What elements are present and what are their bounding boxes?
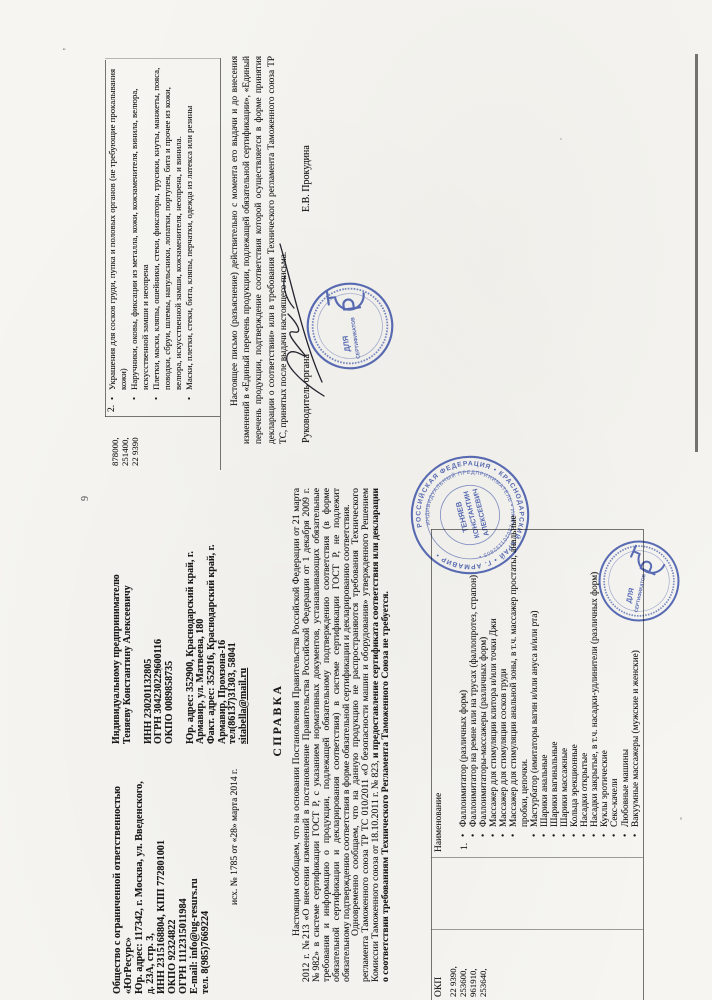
recipient-line: Факт. адрес: 352916, Краснодарский край,…	[207, 488, 218, 744]
stray-pen-mark: 9	[80, 496, 91, 501]
list-item: Маски, плетки, стеки, бита, кляпы, перча…	[184, 58, 195, 400]
list-item: Шарики вагинальные	[550, 485, 560, 837]
table1-divider-1	[431, 929, 643, 930]
scan-speck	[560, 138, 562, 140]
recipient-line: sitabella@mail.ru	[239, 488, 250, 744]
okp-code: 961910,	[468, 935, 478, 997]
document-title: СПРАВКА	[272, 440, 284, 1000]
stamp-text-sertifikatov: СЕРТИФИКАТОВ	[350, 316, 362, 359]
recipient-line: Теняеву Константину Алексеевичу	[123, 488, 134, 744]
body-text: Настоящим сообщаем, что на основании Пос…	[292, 488, 391, 982]
okp-code: 253640,	[478, 935, 488, 997]
sender-line: тел. 8(985)7669224	[200, 746, 211, 994]
list-item: Насадки закрытые, в т.ч. насадки-удлинит…	[590, 485, 600, 837]
body-paragraph-2: Одновременно сообщаем, что на данную про…	[351, 488, 391, 982]
table1-divider-2	[431, 857, 643, 858]
list-item: Шарики массажные	[560, 485, 570, 837]
scanned-letter-sheet: Общество с ограниченной ответственностью…	[0, 0, 712, 1000]
scan-speck	[680, 817, 682, 820]
body-paragraph-1: Настоящим сообщаем, что на основании Пос…	[292, 488, 351, 982]
sender-line: «ЮгРесурс»	[123, 746, 134, 994]
sender-line: д. 23А, стр. 3,	[145, 746, 156, 994]
stamp-text-sertifikatov: СЕРТИФИКАТОВ	[634, 573, 647, 613]
sender-line: ОГРН 1112315011984	[178, 746, 189, 994]
list-item: Насадки открытые	[580, 485, 590, 837]
row2-okp-codes: 878000,251400,22 9390	[110, 418, 140, 466]
okp-code: 253600,	[458, 935, 468, 997]
table2-top-border	[105, 60, 106, 417]
rst-certification-stamp-1: ДЛЯ СЕРТИФИКАТОВ	[299, 275, 401, 377]
list-item: Плетки, маски, кляпы, ошейники, стеки, ф…	[151, 58, 184, 400]
row1-okp-codes: 22 9390,253600,961910,253640,	[448, 935, 488, 997]
recipient-line: ОКПО 0089858735	[165, 488, 176, 744]
stray-corner-mark: '	[62, 48, 73, 50]
list-item: Наручники, оковы, фиксации из металла, к…	[129, 58, 151, 400]
okp-code: 22 9390,	[448, 935, 458, 997]
sender-line: E-mail: info@ug-resurs.ru	[189, 746, 200, 994]
sender-line: Общество с ограниченной ответственностью	[112, 746, 123, 994]
okp-code: 251400,	[120, 418, 130, 466]
list-item: Шарики анальные	[540, 485, 550, 837]
stamp-text-dlya: ДЛЯ	[341, 335, 352, 352]
recipient-line: Индивидуальному предпринимателю	[112, 488, 123, 744]
sender-line: ОКПО 92324822	[167, 746, 178, 994]
rst-certification-stamp-2: ДЛЯ СЕРТИФИКАТОВ	[589, 531, 689, 631]
okp-code: 22 9390	[130, 418, 140, 466]
table1-name-header: Наименование	[434, 793, 444, 852]
okp-code: 878000,	[110, 418, 120, 466]
row2-items-list: Украшения для сосков груди, пупка и поло…	[107, 58, 195, 400]
outgoing-ref-line: исх. № 1785 от «28» марта 2014 г.	[230, 769, 240, 905]
page-edge-shadow	[695, 54, 698, 452]
table2-bottom-border	[220, 58, 221, 470]
table1-okp-header: ОКП	[434, 977, 444, 997]
sender-line: Юр. адрес: 117342, г. Москва, ул. Введен…	[134, 746, 145, 994]
table2-divider	[105, 416, 220, 417]
row1-number: 1.	[460, 843, 470, 850]
signatory-name: Е.В. Прокудина	[301, 145, 312, 212]
stamp-text-dlya: ДЛЯ	[625, 587, 636, 604]
row2-number: 2.	[107, 405, 117, 412]
sender-block: Общество с ограниченной ответственностью…	[112, 746, 211, 994]
scan-speck	[160, 668, 163, 670]
scanned-document-screenshot: Общество с ограниченной ответственностью…	[0, 0, 712, 1000]
rst-mark-icon	[628, 546, 667, 577]
list-item: Кольца эрекционные	[570, 485, 580, 837]
sender-line: ИНН 2315168804, КПП 772801001	[156, 746, 167, 994]
recipient-block: Индивидуальному предпринимателюТеняеву К…	[112, 488, 249, 744]
list-item: Украшения для сосков груди, пупка и поло…	[107, 58, 129, 400]
